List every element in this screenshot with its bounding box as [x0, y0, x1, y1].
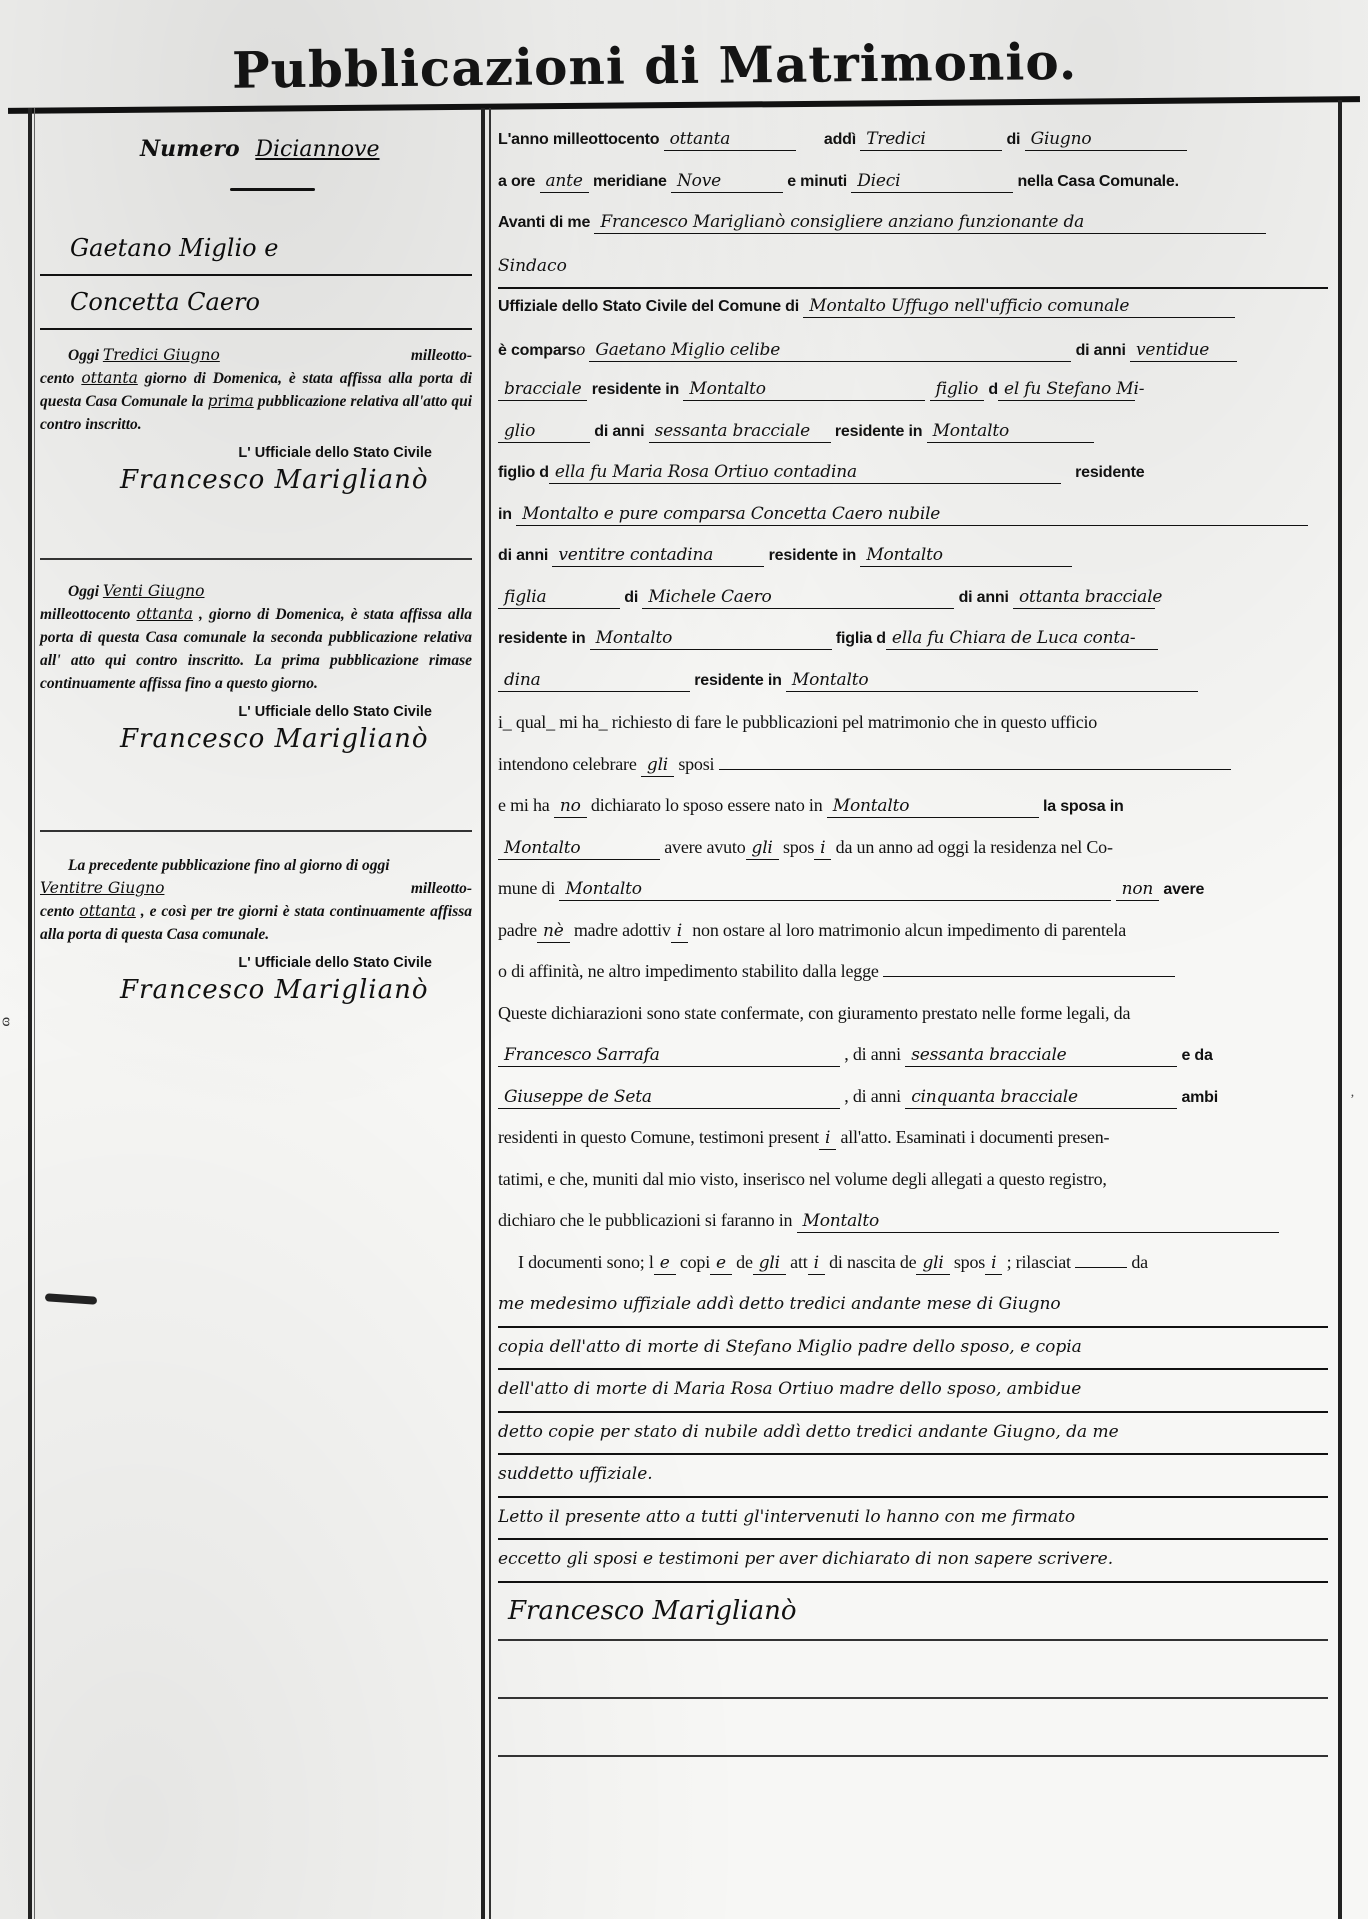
- line-year-date: L'anno milleottocento ottanta addì Tredi…: [498, 122, 1328, 164]
- frame-left-rule-inner: [34, 108, 35, 1919]
- blank-line: [498, 1699, 1328, 1757]
- line-comune-residence: mune di Montalto non avere: [498, 870, 1328, 912]
- third-pub-year: ottanta: [79, 902, 135, 920]
- line-groom: è comparso Gaetano Miglio celibe di anni…: [498, 331, 1328, 373]
- witness-2-name: Giuseppe de Seta: [498, 1086, 840, 1109]
- line-bride-mother: residente in Montalto figlia della fu Ch…: [498, 621, 1328, 663]
- officer-label: L' Ufficiale dello Stato Civile: [40, 701, 472, 724]
- line-adoptive: padrenè madre adottivi non ostare al lor…: [498, 912, 1328, 954]
- margin-mark: ‚: [1350, 1085, 1355, 1101]
- officer-label: L' Ufficiale dello Stato Civile: [40, 442, 472, 465]
- groom-age-field: ventidue: [1130, 339, 1237, 362]
- numero-rule: [230, 188, 315, 191]
- witness-1-age: sessanta bracciale: [905, 1044, 1177, 1067]
- line-bride-father: figlia di Michele Caero di anni ottanta …: [498, 580, 1328, 622]
- first-pub-year: ottanta: [81, 369, 137, 387]
- second-pub-date: Venti Giugno: [103, 582, 205, 600]
- officer-signature: Francesco Mariglianò: [498, 1583, 1328, 1641]
- groom-name-field: Gaetano Miglio celibe: [589, 339, 1071, 362]
- handwritten-note: Letto il presente atto a tutti gl'interv…: [498, 1498, 1328, 1541]
- line-documents-visto: tatimi, e che, muniti dal mio visto, ins…: [498, 1161, 1328, 1203]
- record-number: Numero Diciannove: [140, 138, 380, 161]
- line-groom-mother: figlio della fu Maria Rosa Ortiuo contad…: [498, 455, 1328, 497]
- numero-label: Numero: [140, 136, 240, 162]
- margin-mark: ɞ: [2, 1010, 10, 1031]
- bride-name-field: Montalto e pure comparsa Concetta Caero …: [516, 503, 1308, 526]
- groom-name: Gaetano Miglio e: [40, 222, 472, 276]
- bride-mother-field: ella fu Chiara de Luca conta-: [886, 627, 1158, 650]
- first-pub-date: Tredici Giugno: [103, 346, 220, 364]
- first-publication: Oggi Tredici Giugno milleotto- cento ott…: [40, 344, 472, 492]
- handwritten-note: dell'atto di morte di Maria Rosa Ortiuo …: [498, 1370, 1328, 1413]
- line-documents: I documenti sono; le copie degli atti di…: [498, 1244, 1328, 1286]
- groom-mother-field: ella fu Maria Rosa Ortiuo contadina: [549, 461, 1061, 484]
- second-pub-year: ottanta: [136, 605, 192, 623]
- line-bride-mother-cont: dina residente in Montalto: [498, 663, 1328, 705]
- line-affinity: o di affinità, ne altro impedimento stab…: [498, 953, 1328, 995]
- line-celebrate: intendono celebrare gli sposi: [498, 746, 1328, 788]
- handwritten-note: copia dell'atto di morte di Stefano Migl…: [498, 1328, 1328, 1371]
- line-birthplace: e mi ha no dichiarato lo sposo essere na…: [498, 787, 1328, 829]
- line-officer-cont: Sindaco: [498, 247, 1328, 290]
- witness-2-age: cinquanta bracciale: [905, 1086, 1177, 1109]
- line-request: i_ qual_ mi ha_ richiesto di fare le pub…: [498, 704, 1328, 746]
- officer-signature: Francesco Mariglianò: [120, 979, 472, 1002]
- line-residence: Montalto avere avutogli sposi da un anno…: [498, 829, 1328, 871]
- line-witness-2: Giuseppe de Seta , di anni cinquanta bra…: [498, 1078, 1328, 1120]
- frame-left-rule: [28, 108, 32, 1919]
- officer-signature: Francesco Mariglianò: [120, 728, 472, 751]
- line-oath: Queste dichiarazioni sono state conferma…: [498, 995, 1328, 1037]
- couple-names: Gaetano Miglio e Concetta Caero: [40, 222, 472, 330]
- third-pub-date: Ventitre Giugno: [40, 879, 164, 897]
- column-divider: [481, 108, 485, 1919]
- line-witnesses-present: residenti in questo Comune, testimoni pr…: [498, 1119, 1328, 1161]
- page-title: Pubblicazioni di Matrimonio.: [232, 31, 1133, 99]
- blank-line: [498, 1641, 1328, 1699]
- right-column: L'anno milleottocento ottanta addì Tredi…: [498, 122, 1328, 1757]
- third-publication-note: La precedente pubblicazione fino al gior…: [40, 854, 472, 1002]
- column-divider-inner: [489, 108, 491, 1919]
- line-time: a ore ante meridiane Nove e minuti Dieci…: [498, 164, 1328, 206]
- handwritten-note: detto copie per stato di nubile addì det…: [498, 1413, 1328, 1456]
- line-publication-place: dichiaro che le pubblicazioni si faranno…: [498, 1202, 1328, 1244]
- line-groom-father: glio di anni sessanta bracciale resident…: [498, 414, 1328, 456]
- handwritten-note: me medesimo uffiziale addì detto tredici…: [498, 1285, 1328, 1328]
- line-witness-1: Francesco Sarrafa , di anni sessanta bra…: [498, 1036, 1328, 1078]
- line-bride-age: di anni ventitre contadina residente in …: [498, 538, 1328, 580]
- line-groom-residence: bracciale residente in Montalto figlio d…: [498, 372, 1328, 414]
- groom-father-field: el fu Stefano Mi-: [998, 378, 1135, 401]
- bride-name: Concetta Caero: [40, 276, 472, 330]
- bride-father-field: Michele Caero: [642, 586, 954, 609]
- officer-signature: Francesco Mariglianò: [120, 469, 472, 492]
- line-comune: Uffiziale dello Stato Civile del Comune …: [498, 289, 1328, 331]
- section-divider: [40, 830, 472, 832]
- witness-1-name: Francesco Sarrafa: [498, 1044, 840, 1067]
- numero-value: Diciannove: [255, 137, 379, 162]
- frame-right-rule: [1338, 100, 1342, 1919]
- bride-age-field: ventitre contadina: [552, 544, 764, 567]
- handwritten-note: eccetto gli sposi e testimoni per aver d…: [498, 1540, 1328, 1583]
- line-officer: Avanti di me Francesco Mariglianò consig…: [498, 205, 1328, 247]
- first-pub-ordinal: prima: [208, 392, 254, 410]
- handwritten-note: suddetto uffiziale.: [498, 1455, 1328, 1498]
- section-divider: [40, 558, 472, 560]
- officer-label: L' Ufficiale dello Stato Civile: [40, 952, 472, 975]
- second-publication: Oggi Venti Giugno milleottocento ottanta…: [40, 580, 472, 751]
- line-bride: in Montalto e pure comparsa Concetta Cae…: [498, 497, 1328, 539]
